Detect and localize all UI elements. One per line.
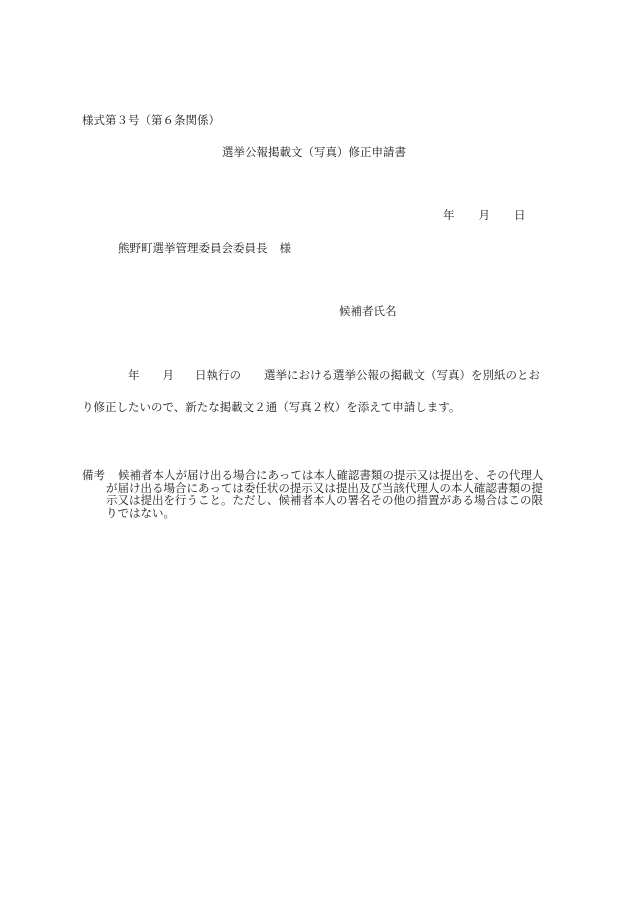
remarks-line: 候補者本人が届け出る場合にあっては本人確認書類の提示又は提出を、その代理人 [82,469,552,482]
date-month-label: 月 [479,210,491,222]
body-line1-rest: 選挙における選挙公報の掲載文（写真）を別紙のとお [264,368,540,382]
candidate-name-label: 候補者氏名 [339,306,397,318]
body-month-label: 月 [163,368,175,382]
addressee-name: 熊野町選挙管理委員会委員長 [118,241,268,255]
body-text-line-1: 年月日執行の選挙における選挙公報の掲載文（写真）を別紙のとお [82,370,540,382]
form-number: 様式第３号（第６条関係） [82,115,220,127]
date-year-label: 年 [443,210,455,222]
remarks-label: 備考 [82,469,105,482]
remarks-line: 示又は提出を行うこと。ただし、候補者本人の署名その他の措置がある場合はこの限 [82,494,552,507]
document-title: 選挙公報掲載文（写真）修正申請書 [222,147,406,159]
body-day-exec-label: 日執行の [195,368,241,382]
remarks-line: りではない。 [82,507,552,520]
date-line: 年月日 [443,210,526,222]
document-page: 様式第３号（第６条関係） 選挙公報掲載文（写真）修正申請書 年月日 熊野町選挙管… [0,0,630,903]
remarks-section: 備考 候補者本人が届け出る場合にあっては本人確認書類の提示又は提出を、その代理人… [82,469,552,519]
addressee: 熊野町選挙管理委員会委員長様 [118,243,291,255]
body-year-label: 年 [128,368,140,382]
date-day-label: 日 [514,210,526,222]
addressee-honorific: 様 [280,241,292,255]
body-text-line-2: り修正したいので、新たな掲載文２通（写真２枚）を添えて申請します。 [82,402,460,414]
